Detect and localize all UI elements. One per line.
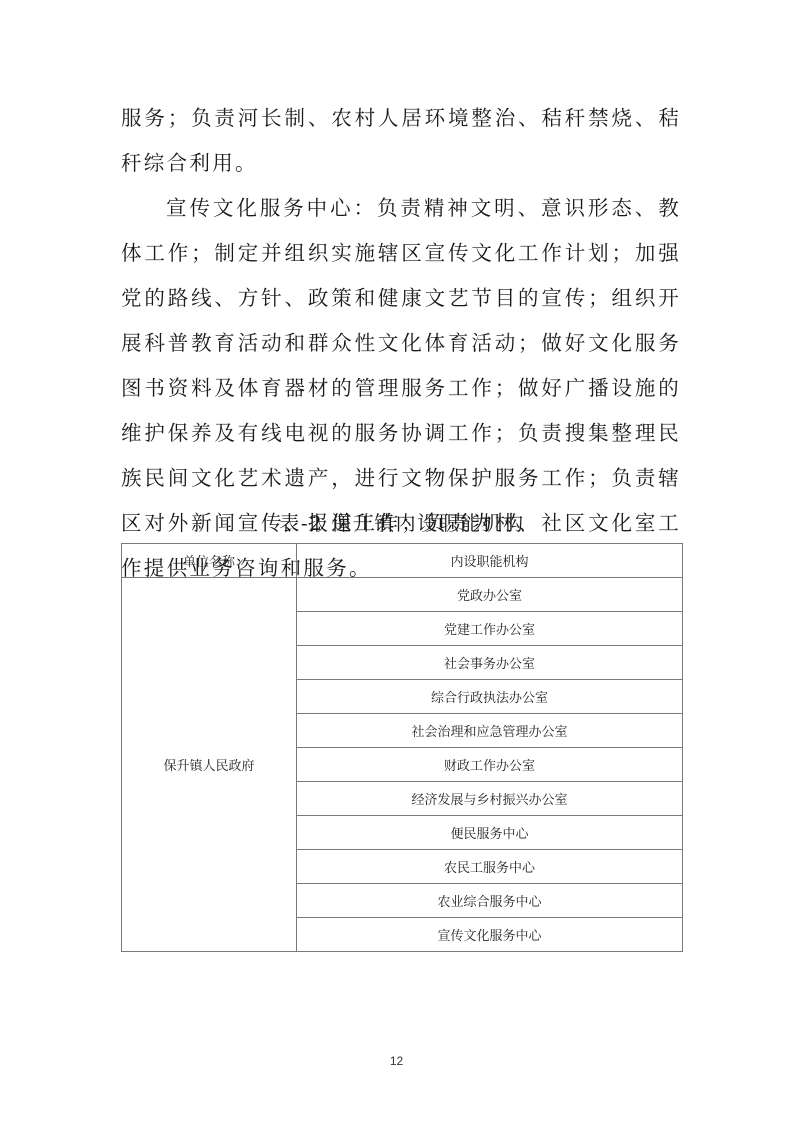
department-cell: 经济发展与乡村振兴办公室 [297, 782, 683, 816]
department-cell: 社会事务办公室 [297, 646, 683, 680]
paragraph-continuation: 服务；负责河长制、农村人居环境整治、秸秆禁烧、秸秆综合利用。 [121, 96, 681, 186]
department-cell: 综合行政执法办公室 [297, 680, 683, 714]
header-departments: 内设职能机构 [297, 544, 683, 578]
header-unit-name: 单位名称 [122, 544, 297, 578]
department-cell: 财政工作办公室 [297, 748, 683, 782]
department-cell: 便民服务中心 [297, 816, 683, 850]
page-number: 12 [0, 1054, 793, 1068]
department-cell: 社会治理和应急管理办公室 [297, 714, 683, 748]
department-cell: 农业综合服务中心 [297, 884, 683, 918]
table-header-row: 单位名称 内设职能机构 [122, 544, 683, 578]
table-row: 保升镇人民政府 党政办公室 [122, 578, 683, 612]
department-cell: 农民工服务中心 [297, 850, 683, 884]
department-cell: 党政办公室 [297, 578, 683, 612]
department-cell: 宣传文化服务中心 [297, 918, 683, 952]
departments-table: 单位名称 内设职能机构 保升镇人民政府 党政办公室 党建工作办公室 社会事务办公… [121, 543, 683, 952]
department-cell: 党建工作办公室 [297, 612, 683, 646]
table-caption: 表-2 保升镇内设职能机构 [121, 506, 683, 540]
unit-name-cell: 保升镇人民政府 [122, 578, 297, 952]
